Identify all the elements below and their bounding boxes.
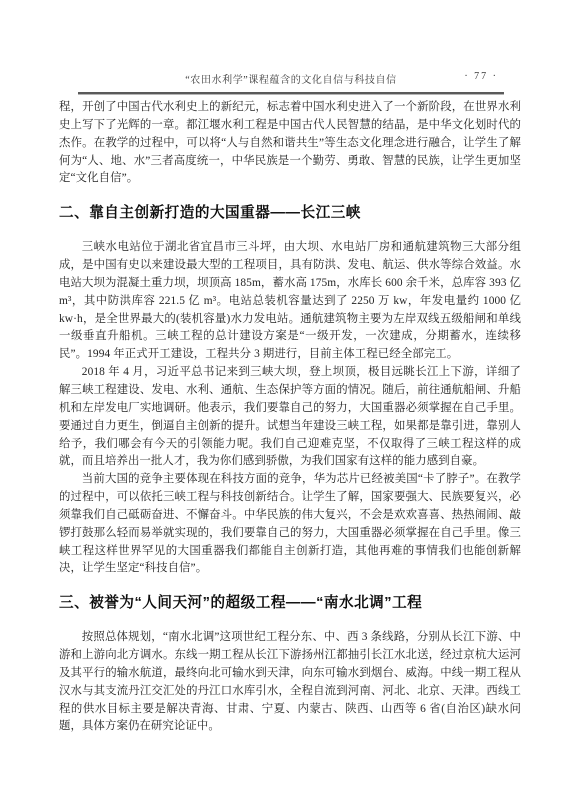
running-title: “农田水利学”课程蕴含的文化自信与科技自信 <box>78 71 504 86</box>
header-rule <box>78 92 504 95</box>
paragraph-intro-continuation: 程，开创了中国古代水利史上的新纪元，标志着中国水利史进入了一个新阶段，在世界水利… <box>59 99 521 188</box>
paragraph-three-gorges-inspection: 2018 年 4 月，习近平总书记来到三峡大坝，登上坝顶，极目远眺长江上下游，详… <box>59 364 521 471</box>
paragraph-south-north-water-transfer: 按照总体规划，“南水北调”这项世纪工程分东、中、西 3 条线路，分别从长江下游、… <box>59 629 521 736</box>
article-body: 程，开创了中国古代水利史上的新纪元，标志着中国水利史进入了一个新阶段，在世界水利… <box>59 99 521 736</box>
scanned-paper-page: “农田水利学”课程蕴含的文化自信与科技自信 · 77 · 程，开创了中国古代水利… <box>0 0 580 800</box>
section-heading-three-gorges: 二、靠自主创新打造的大国重器——长江三峡 <box>59 203 521 223</box>
running-header: “农田水利学”课程蕴含的文化自信与科技自信 · 77 · <box>78 71 504 87</box>
section-heading-south-north-water-transfer: 三、被誉为“人间天河”的超级工程——“南水北调”工程 <box>59 593 521 613</box>
page-number: · 77 · <box>464 71 498 82</box>
paragraph-three-gorges-teaching: 当前大国的竞争主要体现在科技方面的竞争，华为芯片已经被美国“卡了脖子”。在教学的… <box>59 471 521 578</box>
paragraph-three-gorges-overview: 三峡水电站位于湖北省宜昌市三斗坪，由大坝、水电站厂房和通航建筑物三大部分组成，是… <box>59 239 521 364</box>
